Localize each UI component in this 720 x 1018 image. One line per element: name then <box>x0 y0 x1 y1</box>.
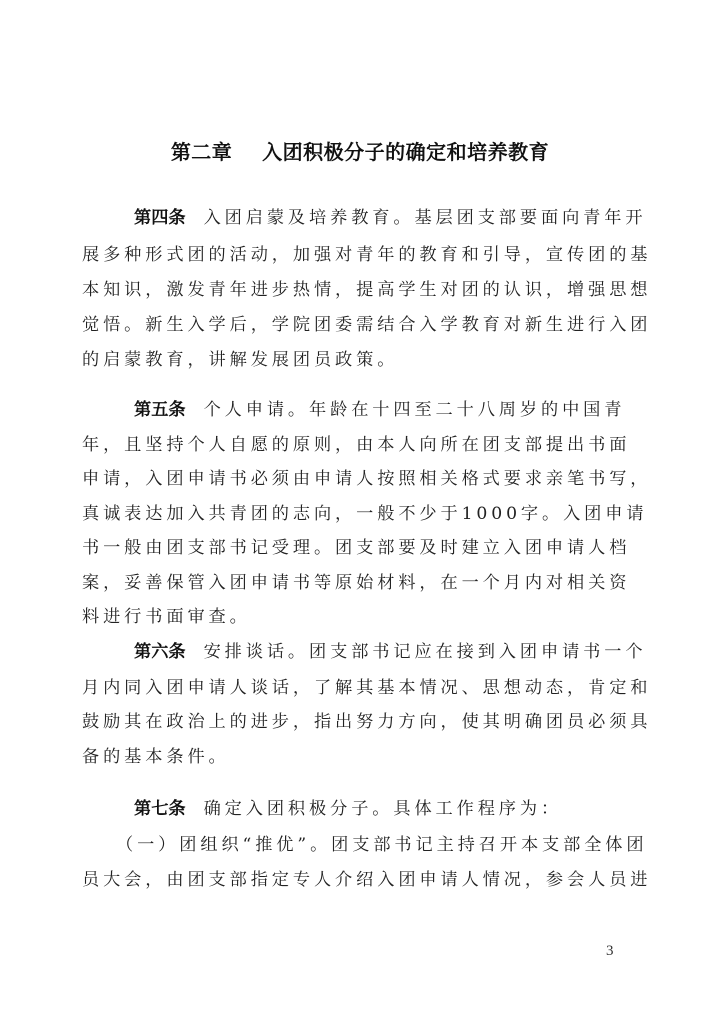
article-6-line: 鼓励其在政治上的进步，指出努力方向，使其明确团员必须具 <box>82 711 640 733</box>
chapter-title: 第二章 入团积极分子的确定和培养教育 <box>0 136 720 165</box>
document-page: 第二章 入团积极分子的确定和培养教育 第四条入团启蒙及培养教育。基层团支部要面向… <box>0 0 720 1018</box>
article-5-line: 申请，入团申请书必须由申请人按照相关格式要求亲笔书写， <box>82 468 640 490</box>
article-5-line: 年，且坚持个人自愿的原则，由本人向所在团支部提出书面 <box>82 434 640 456</box>
article-4-line: 展多种形式团的活动，加强对青年的教育和引导，宣传团的基 <box>82 244 640 266</box>
article-7-line: （一）团组织“推优”。团支部书记主持召开本支部全体团 <box>116 834 640 856</box>
article-4-line: 觉悟。新生入学后，学院团委需结合入学教育对新生进行入团 <box>82 314 640 336</box>
article-4-line: 本知识，激发青年进步热情，提高学生对团的认识，增强思想 <box>82 279 640 301</box>
article-5-line: 案，妥善保管入团申请书等原始材料，在一个月内对相关资 <box>82 572 640 594</box>
article-4-line: 的启蒙教育，讲解发展团员政策。 <box>82 349 640 371</box>
article-6-line: 月内同入团申请人谈话，了解其基本情况、思想动态，肯定和 <box>82 677 640 699</box>
article-5-line: 书一般由团支部书记受理。团支部要及时建立入团申请人档 <box>82 537 640 559</box>
article-6-label: 第六条 <box>134 642 186 662</box>
article-4-label: 第四条 <box>134 208 186 228</box>
article-5-line: 料进行书面审查。 <box>82 606 640 628</box>
article-5-line: 真诚表达加入共青团的志向，一般不少于1000字。入团申请 <box>82 503 640 525</box>
page-number: 3 <box>606 943 614 960</box>
article-7-label: 第七条 <box>134 799 186 819</box>
article-7-first-line: 第七条确定入团积极分子。具体工作程序为： <box>82 798 640 820</box>
article-6-line: 备的基本条件。 <box>82 746 640 768</box>
article-7-line: 员大会，由团支部指定专人介绍入团申请人情况，参会人员进 <box>82 869 640 891</box>
article-6-first-line: 第六条安排谈话。团支部书记应在接到入团申请书一个 <box>82 641 640 663</box>
article-5-first-line: 第五条个人申请。年龄在十四至二十八周岁的中国青 <box>82 399 640 421</box>
article-5-label: 第五条 <box>134 400 186 420</box>
article-4-first-line: 第四条入团启蒙及培养教育。基层团支部要面向青年开 <box>82 207 640 229</box>
